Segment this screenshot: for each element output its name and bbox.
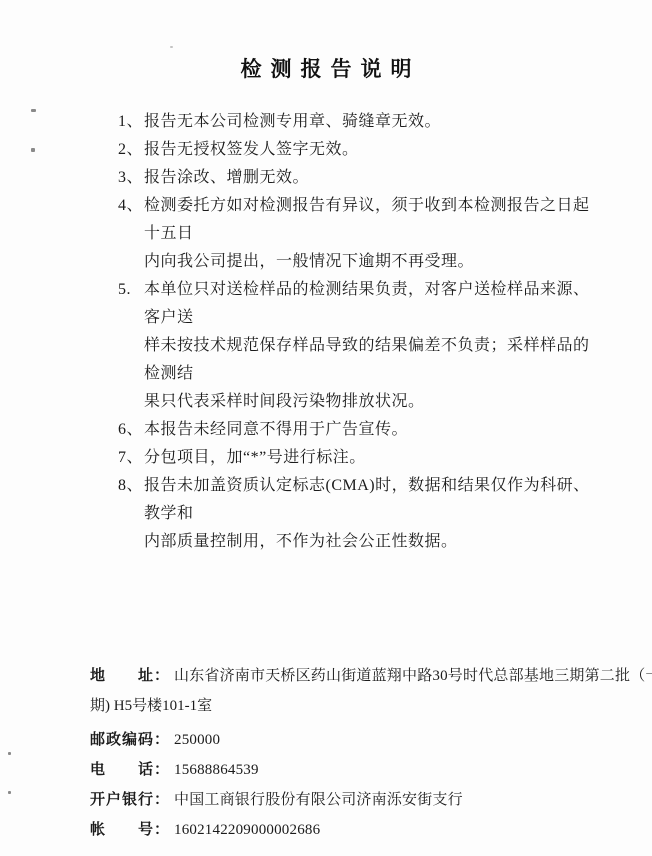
note-number: 6、	[118, 416, 144, 444]
contact-label: 开户银行：	[90, 785, 174, 815]
contact-row: 地 址：山东省济南市天桥区药山街道蓝翔中路30号时代总部基地三期第二批（一	[90, 661, 635, 691]
note-item: 6、本报告未经同意不得用于广告宣传。	[118, 416, 598, 444]
note-text: 报告涂改、增删无效。	[144, 164, 598, 192]
contact-value: 中国工商银行股份有限公司济南泺安街支行	[174, 792, 463, 808]
note-text: 本单位只对送检样品的检测结果负责，对客户送检样品来源、客户送样未按技术规范保存样…	[144, 276, 598, 416]
contact-label: 地 址：	[90, 661, 174, 691]
document-title: 检测报告说明	[0, 53, 652, 83]
note-text-line: 分包项目，加“*”号进行标注。	[144, 444, 598, 472]
note-text-line: 报告涂改、增删无效。	[144, 164, 598, 192]
contact-value: 1602142209000002686	[174, 822, 320, 838]
note-item: 7、分包项目，加“*”号进行标注。	[118, 444, 598, 472]
note-text-line: 检测委托方如对检测报告有异议，须于收到本检测报告之日起十五日	[144, 192, 598, 248]
document-page: 检测报告说明 1、报告无本公司检测专用章、骑缝章无效。2、报告无授权签发人签字无…	[0, 0, 652, 856]
contact-value: 山东省济南市天桥区药山街道蓝翔中路30号时代总部基地三期第二批（一	[174, 668, 652, 684]
scan-speck	[31, 109, 36, 112]
contact-value-continuation: 期) H5号楼101-1室	[90, 691, 635, 721]
note-text-line: 报告无本公司检测专用章、骑缝章无效。	[144, 108, 598, 136]
note-number: 2、	[118, 136, 144, 164]
contact-row: 电 话：15688864539	[90, 755, 635, 785]
note-text-line: 果只代表采样时间段污染物排放状况。	[144, 388, 598, 416]
note-text: 报告无授权签发人签字无效。	[144, 136, 598, 164]
note-text-line: 报告未加盖资质认定标志(CMA)时，数据和结果仅作为科研、教学和	[144, 472, 598, 528]
notes-list: 1、报告无本公司检测专用章、骑缝章无效。2、报告无授权签发人签字无效。3、报告涂…	[118, 108, 598, 556]
contact-label: 电 话：	[90, 755, 174, 785]
scan-speck	[8, 752, 11, 755]
note-number: 7、	[118, 444, 144, 472]
contact-value: 15688864539	[174, 762, 259, 778]
scan-speck	[8, 791, 11, 794]
note-text-line: 本单位只对送检样品的检测结果负责，对客户送检样品来源、客户送	[144, 276, 598, 332]
note-item: 1、报告无本公司检测专用章、骑缝章无效。	[118, 108, 598, 136]
note-number: 4、	[118, 192, 144, 276]
note-text-line: 内向我公司提出，一般情况下逾期不再受理。	[144, 248, 598, 276]
scan-speck	[170, 46, 173, 48]
note-text-line: 内部质量控制用，不作为社会公正性数据。	[144, 528, 598, 556]
note-number: 5.	[118, 276, 144, 416]
note-number: 3、	[118, 164, 144, 192]
note-text-line: 样未按技术规范保存样品导致的结果偏差不负责；采样样品的检测结	[144, 332, 598, 388]
contact-row: 开户银行：中国工商银行股份有限公司济南泺安街支行	[90, 785, 635, 815]
note-text: 报告无本公司检测专用章、骑缝章无效。	[144, 108, 598, 136]
note-text: 检测委托方如对检测报告有异议，须于收到本检测报告之日起十五日内向我公司提出，一般…	[144, 192, 598, 276]
note-item: 3、报告涂改、增删无效。	[118, 164, 598, 192]
note-text: 报告未加盖资质认定标志(CMA)时，数据和结果仅作为科研、教学和内部质量控制用，…	[144, 472, 598, 556]
note-item: 8、报告未加盖资质认定标志(CMA)时，数据和结果仅作为科研、教学和内部质量控制…	[118, 472, 598, 556]
contact-row: 帐 号：1602142209000002686	[90, 815, 635, 845]
scan-speck	[31, 148, 35, 152]
contact-label: 邮政编码：	[90, 725, 174, 755]
note-text-line: 报告无授权签发人签字无效。	[144, 136, 598, 164]
contact-value: 250000	[174, 732, 220, 748]
note-text: 分包项目，加“*”号进行标注。	[144, 444, 598, 472]
note-text: 本报告未经同意不得用于广告宣传。	[144, 416, 598, 444]
contact-label: 帐 号：	[90, 815, 174, 845]
note-item: 4、检测委托方如对检测报告有异议，须于收到本检测报告之日起十五日内向我公司提出，…	[118, 192, 598, 276]
contact-block: 地 址：山东省济南市天桥区药山街道蓝翔中路30号时代总部基地三期第二批（一期) …	[90, 661, 635, 845]
note-number: 8、	[118, 472, 144, 556]
note-item: 5.本单位只对送检样品的检测结果负责，对客户送检样品来源、客户送样未按技术规范保…	[118, 276, 598, 416]
note-number: 1、	[118, 108, 144, 136]
contact-row: 邮政编码：250000	[90, 725, 635, 755]
note-text-line: 本报告未经同意不得用于广告宣传。	[144, 416, 598, 444]
note-item: 2、报告无授权签发人签字无效。	[118, 136, 598, 164]
